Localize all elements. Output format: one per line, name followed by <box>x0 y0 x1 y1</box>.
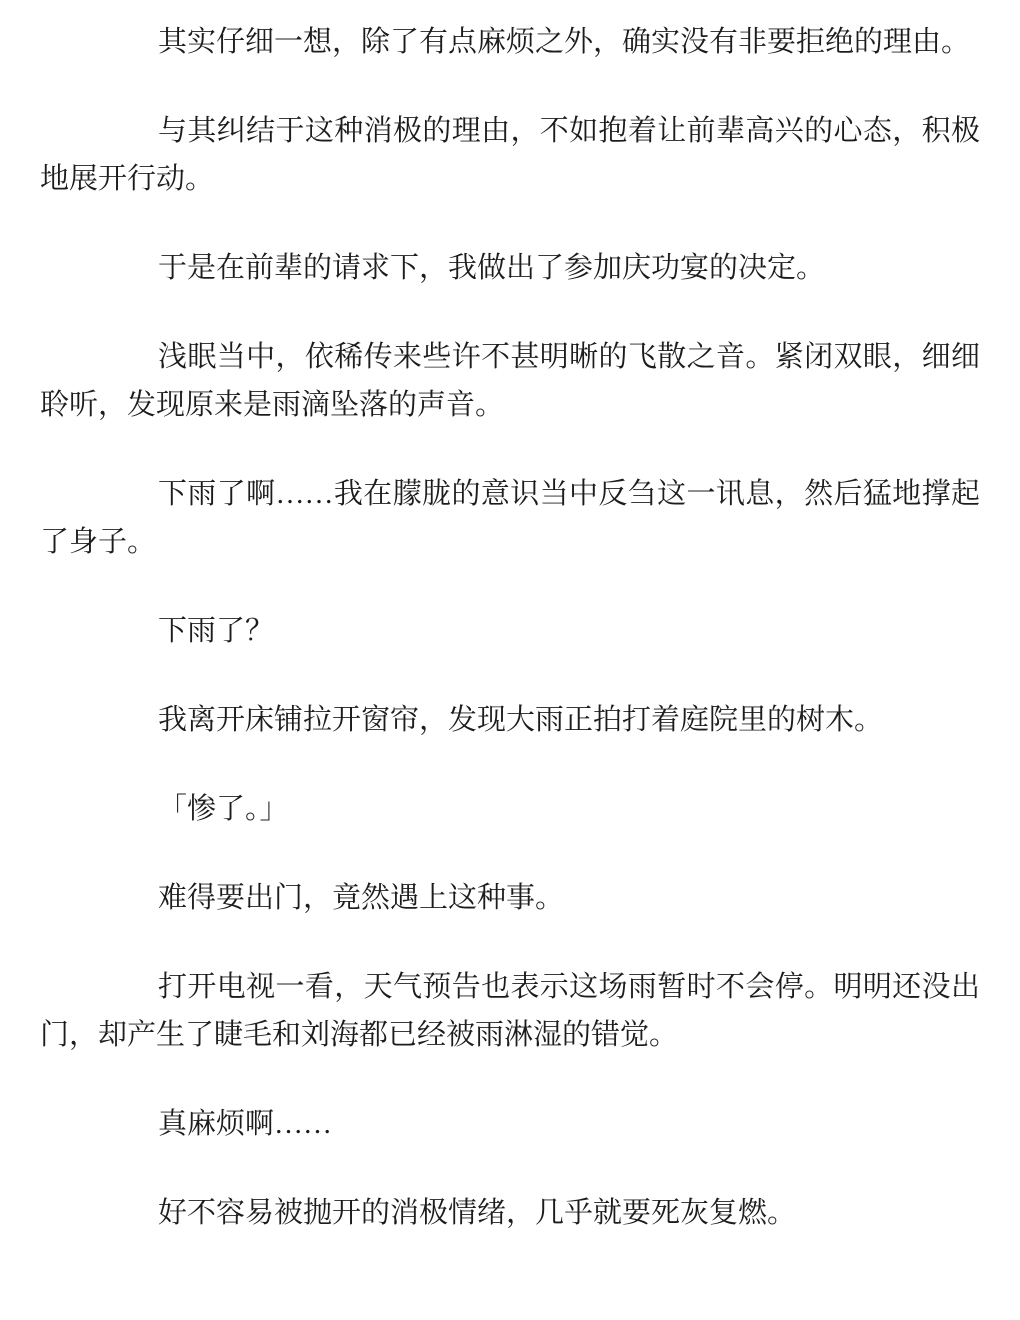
paragraph: 我离开床铺拉开窗帘，发现大雨正拍打着庭院里的树木。 <box>40 696 980 744</box>
paragraph: 与其纠结于这种消极的理由，不如抱着让前辈高兴的心态，积极地展开行动。 <box>40 107 980 203</box>
paragraph: 下雨了？ <box>40 607 980 655</box>
paragraph-list: 其实仔细一想，除了有点麻烦之外，确实没有非要拒绝的理由。与其纠结于这种消极的理由… <box>40 18 980 1237</box>
paragraph: 浅眠当中，依稀传来些许不甚明晰的飞散之音。紧闭双眼，细细聆听，发现原来是雨滴坠落… <box>40 333 980 429</box>
paragraph: 难得要出门，竟然遇上这种事。 <box>40 874 980 922</box>
paragraph: 其实仔细一想，除了有点麻烦之外，确实没有非要拒绝的理由。 <box>40 18 980 66</box>
paragraph: 下雨了啊……我在朦胧的意识当中反刍这一讯息，然后猛地撑起了身子。 <box>40 470 980 566</box>
paragraph: 「惨了。」 <box>40 785 980 833</box>
paragraph: 好不容易被抛开的消极情绪，几乎就要死灰复燃。 <box>40 1189 980 1237</box>
document-page: 其实仔细一想，除了有点麻烦之外，确实没有非要拒绝的理由。与其纠结于这种消极的理由… <box>0 0 1020 1320</box>
paragraph: 真麻烦啊…… <box>40 1100 980 1148</box>
paragraph: 打开电视一看，天气预告也表示这场雨暂时不会停。明明还没出门，却产生了睫毛和刘海都… <box>40 963 980 1059</box>
paragraph: 于是在前辈的请求下，我做出了参加庆功宴的决定。 <box>40 244 980 292</box>
